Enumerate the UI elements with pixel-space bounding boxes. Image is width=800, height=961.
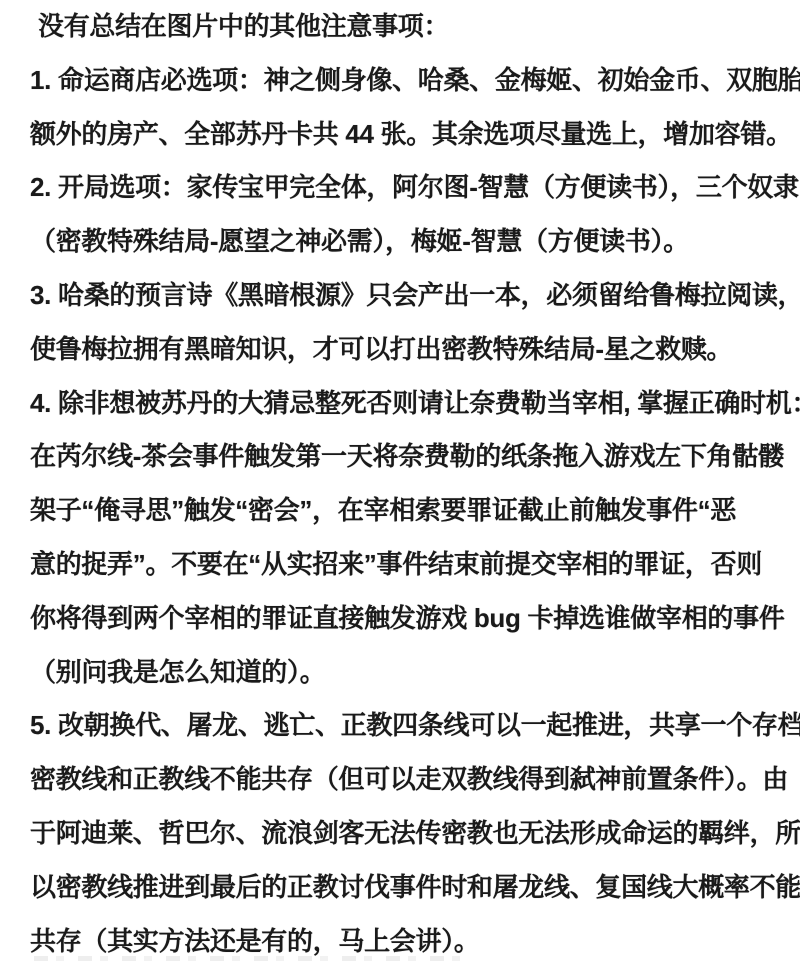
text-line-item5-cont4: 共存（其实方法还是有的，马上会讲）。: [30, 915, 778, 961]
document-page: 没有总结在图片中的其他注意事项： 1. 命运商店必选项：神之侧身像、哈桑、金梅姬…: [0, 0, 800, 961]
text-line-item4: 4. 除非想被苏丹的大猜忌整死否则请让奈费勒当宰相, 掌握正确时机：: [30, 377, 778, 431]
text-line-item4-cont1: 在芮尔线-茶会事件触发第一天将奈费勒的纸条拖入游戏左下角骷髅: [30, 430, 778, 484]
text-line-item4-cont2: 架子“俺寻思”触发“密会”，在宰相索要罪证截止前触发事件“恶: [30, 484, 778, 538]
text-line-item2: 2. 开局选项：家传宝甲完全体，阿尔图-智慧（方便读书），三个奴隶: [30, 161, 778, 215]
clipped-next-line-ghost: [34, 956, 474, 961]
text-line-item4-cont5: （别问我是怎么知道的）。: [30, 646, 778, 700]
text-line-item5-cont3: 以密教线推进到最后的正教讨伐事件时和屠龙线、复国线大概率不能: [30, 861, 778, 915]
text-line-item2-cont: （密教特殊结局-愿望之神必需），梅姬-智慧（方便读书）。: [30, 215, 778, 269]
text-line-item5-cont2: 于阿迪莱、哲巴尔、流浪剑客无法传密教也无法形成命运的羁绊，所: [30, 807, 778, 861]
text-line-item1: 1. 命运商店必选项：神之侧身像、哈桑、金梅姬、初始金币、双胞胎、: [30, 54, 778, 108]
text-line-item4-cont4: 你将得到两个宰相的罪证直接触发游戏 bug 卡掉选谁做宰相的事件: [30, 592, 778, 646]
text-line-item5-cont1: 密教线和正教线不能共存（但可以走双教线得到弑神前置条件）。由: [30, 753, 778, 807]
text-line-item5: 5. 改朝换代、屠龙、逃亡、正教四条线可以一起推进，共享一个存档。: [30, 699, 778, 753]
heading-line: 没有总结在图片中的其他注意事项：: [30, 0, 778, 54]
text-line-item3: 3. 哈桑的预言诗《黑暗根源》只会产出一本，必须留给鲁梅拉阅读，: [30, 269, 778, 323]
text-line-item4-cont3: 意的捉弄”。不要在“从实招来”事件结束前提交宰相的罪证，否则: [30, 538, 778, 592]
text-line-item3-cont: 使鲁梅拉拥有黑暗知识，才可以打出密教特殊结局-星之救赎。: [30, 323, 778, 377]
text-line-item1-cont: 额外的房产、全部苏丹卡共 44 张。其余选项尽量选上，增加容错。: [30, 108, 778, 162]
